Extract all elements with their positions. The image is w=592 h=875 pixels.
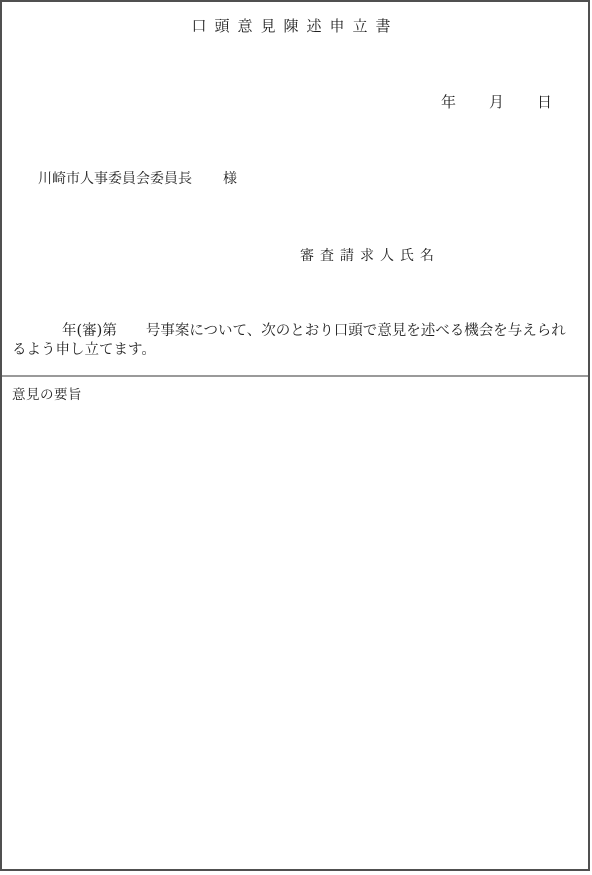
addressee-name: 川崎市人事委員会委員長 xyxy=(38,171,192,187)
opinion-summary-label: 意見の要旨 xyxy=(12,383,82,403)
addressee-honorific: 様 xyxy=(223,168,237,188)
date-blank-line: 年 月 日 xyxy=(441,91,553,112)
opinion-summary-blank-area xyxy=(4,402,586,867)
section-divider-line xyxy=(2,375,588,377)
application-body-text: 年(審)第 号事案について、次のとおり口頭で意見を述べる機会を与えられ るよう申… xyxy=(12,322,590,359)
screenshot-canvas: 口頭意見陳述申立書 年 月 日 川崎市人事委員会委員長様 審査請求人氏名 年(審… xyxy=(0,0,592,875)
requester-name-label: 審査請求人氏名 xyxy=(300,245,440,265)
document-title: 口頭意見陳述申立書 xyxy=(2,15,588,36)
application-form-page: 口頭意見陳述申立書 年 月 日 川崎市人事委員会委員長様 審査請求人氏名 年(審… xyxy=(0,0,590,871)
addressee-line: 川崎市人事委員会委員長様 xyxy=(38,168,237,188)
